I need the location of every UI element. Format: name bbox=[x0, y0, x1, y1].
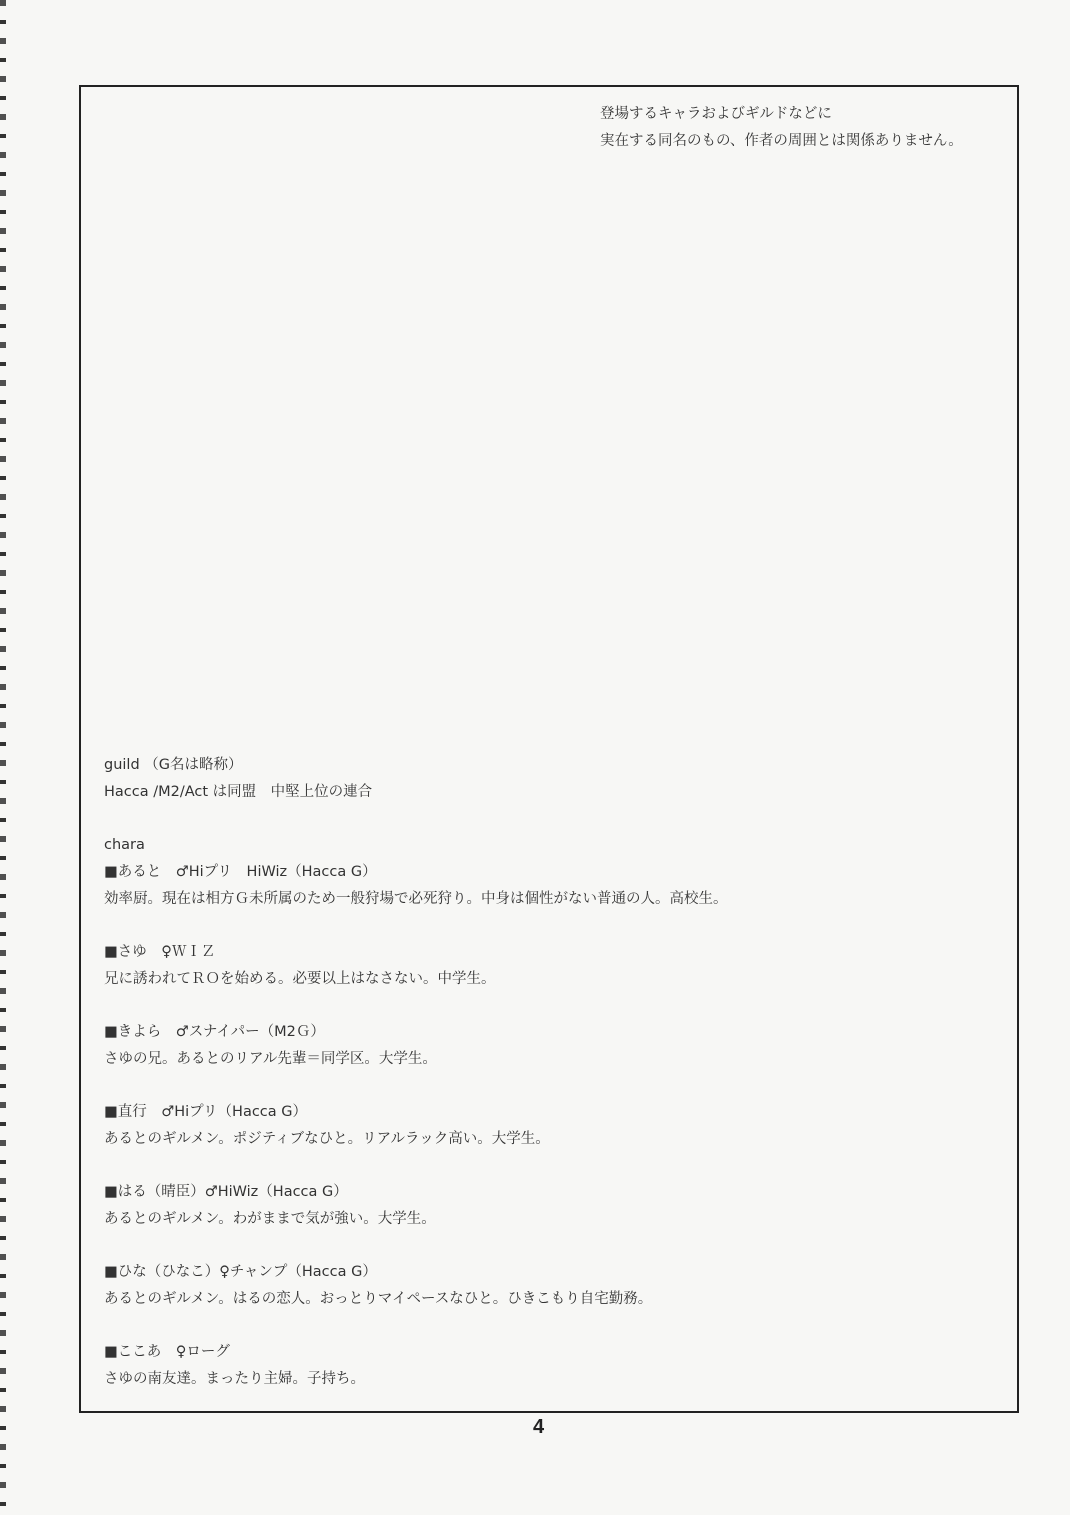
character-description: あるとのギルメン。わがままで気が強い。大学生。 bbox=[104, 1206, 728, 1233]
character-header: ■ここあ ♀ローグ bbox=[104, 1339, 728, 1366]
character-description: 効率厨。現在は相方Ｇ未所属のため一般狩場で必死狩り。中身は個性がない普通の人。高… bbox=[104, 886, 728, 913]
character-description: さゆの南友達。まったり主婦。子持ち。 bbox=[104, 1366, 728, 1393]
character-header: ■直行 ♂Hiプリ（Hacca G） bbox=[104, 1099, 728, 1126]
character-header: ■あると ♂Hiプリ HiWiz（Hacca G） bbox=[104, 859, 728, 886]
character-description: 兄に誘われてＲＯを始める。必要以上はなさない。中学生。 bbox=[104, 966, 728, 993]
character-description: あるとのギルメン。はるの恋人。おっとりマイペースなひと。ひきこもり自宅勤務。 bbox=[104, 1286, 728, 1313]
character-notes: guild （G名は略称） Hacca /M2/Act は同盟 中堅上位の連合 … bbox=[104, 752, 728, 1393]
binding-edge bbox=[0, 0, 6, 1515]
chara-heading: chara bbox=[104, 832, 728, 859]
character-header: ■きよら ♂スナイパー（M2Ｇ） bbox=[104, 1019, 728, 1046]
disclaimer-line-2: 実在する同名のもの、作者の周囲とは関係ありません。 bbox=[600, 127, 963, 154]
character-header: ■さゆ ♀ＷＩＺ bbox=[104, 939, 728, 966]
character-header: ■はる（晴臣）♂HiWiz（Hacca G） bbox=[104, 1179, 728, 1206]
character-header: ■ひな（ひなこ）♀チャンプ（Hacca G） bbox=[104, 1259, 728, 1286]
guild-heading: guild （G名は略称） bbox=[104, 752, 728, 779]
disclaimer: 登場するキャラおよびギルドなどに 実在する同名のもの、作者の周囲とは関係ありませ… bbox=[600, 100, 963, 154]
character-description: さゆの兄。あるとのリアル先輩＝同学区。大学生。 bbox=[104, 1046, 728, 1073]
page-number: 4 bbox=[533, 1416, 544, 1439]
guild-description: Hacca /M2/Act は同盟 中堅上位の連合 bbox=[104, 779, 728, 806]
disclaimer-line-1: 登場するキャラおよびギルドなどに bbox=[600, 100, 963, 127]
character-description: あるとのギルメン。ポジティブなひと。リアルラック高い。大学生。 bbox=[104, 1126, 728, 1153]
